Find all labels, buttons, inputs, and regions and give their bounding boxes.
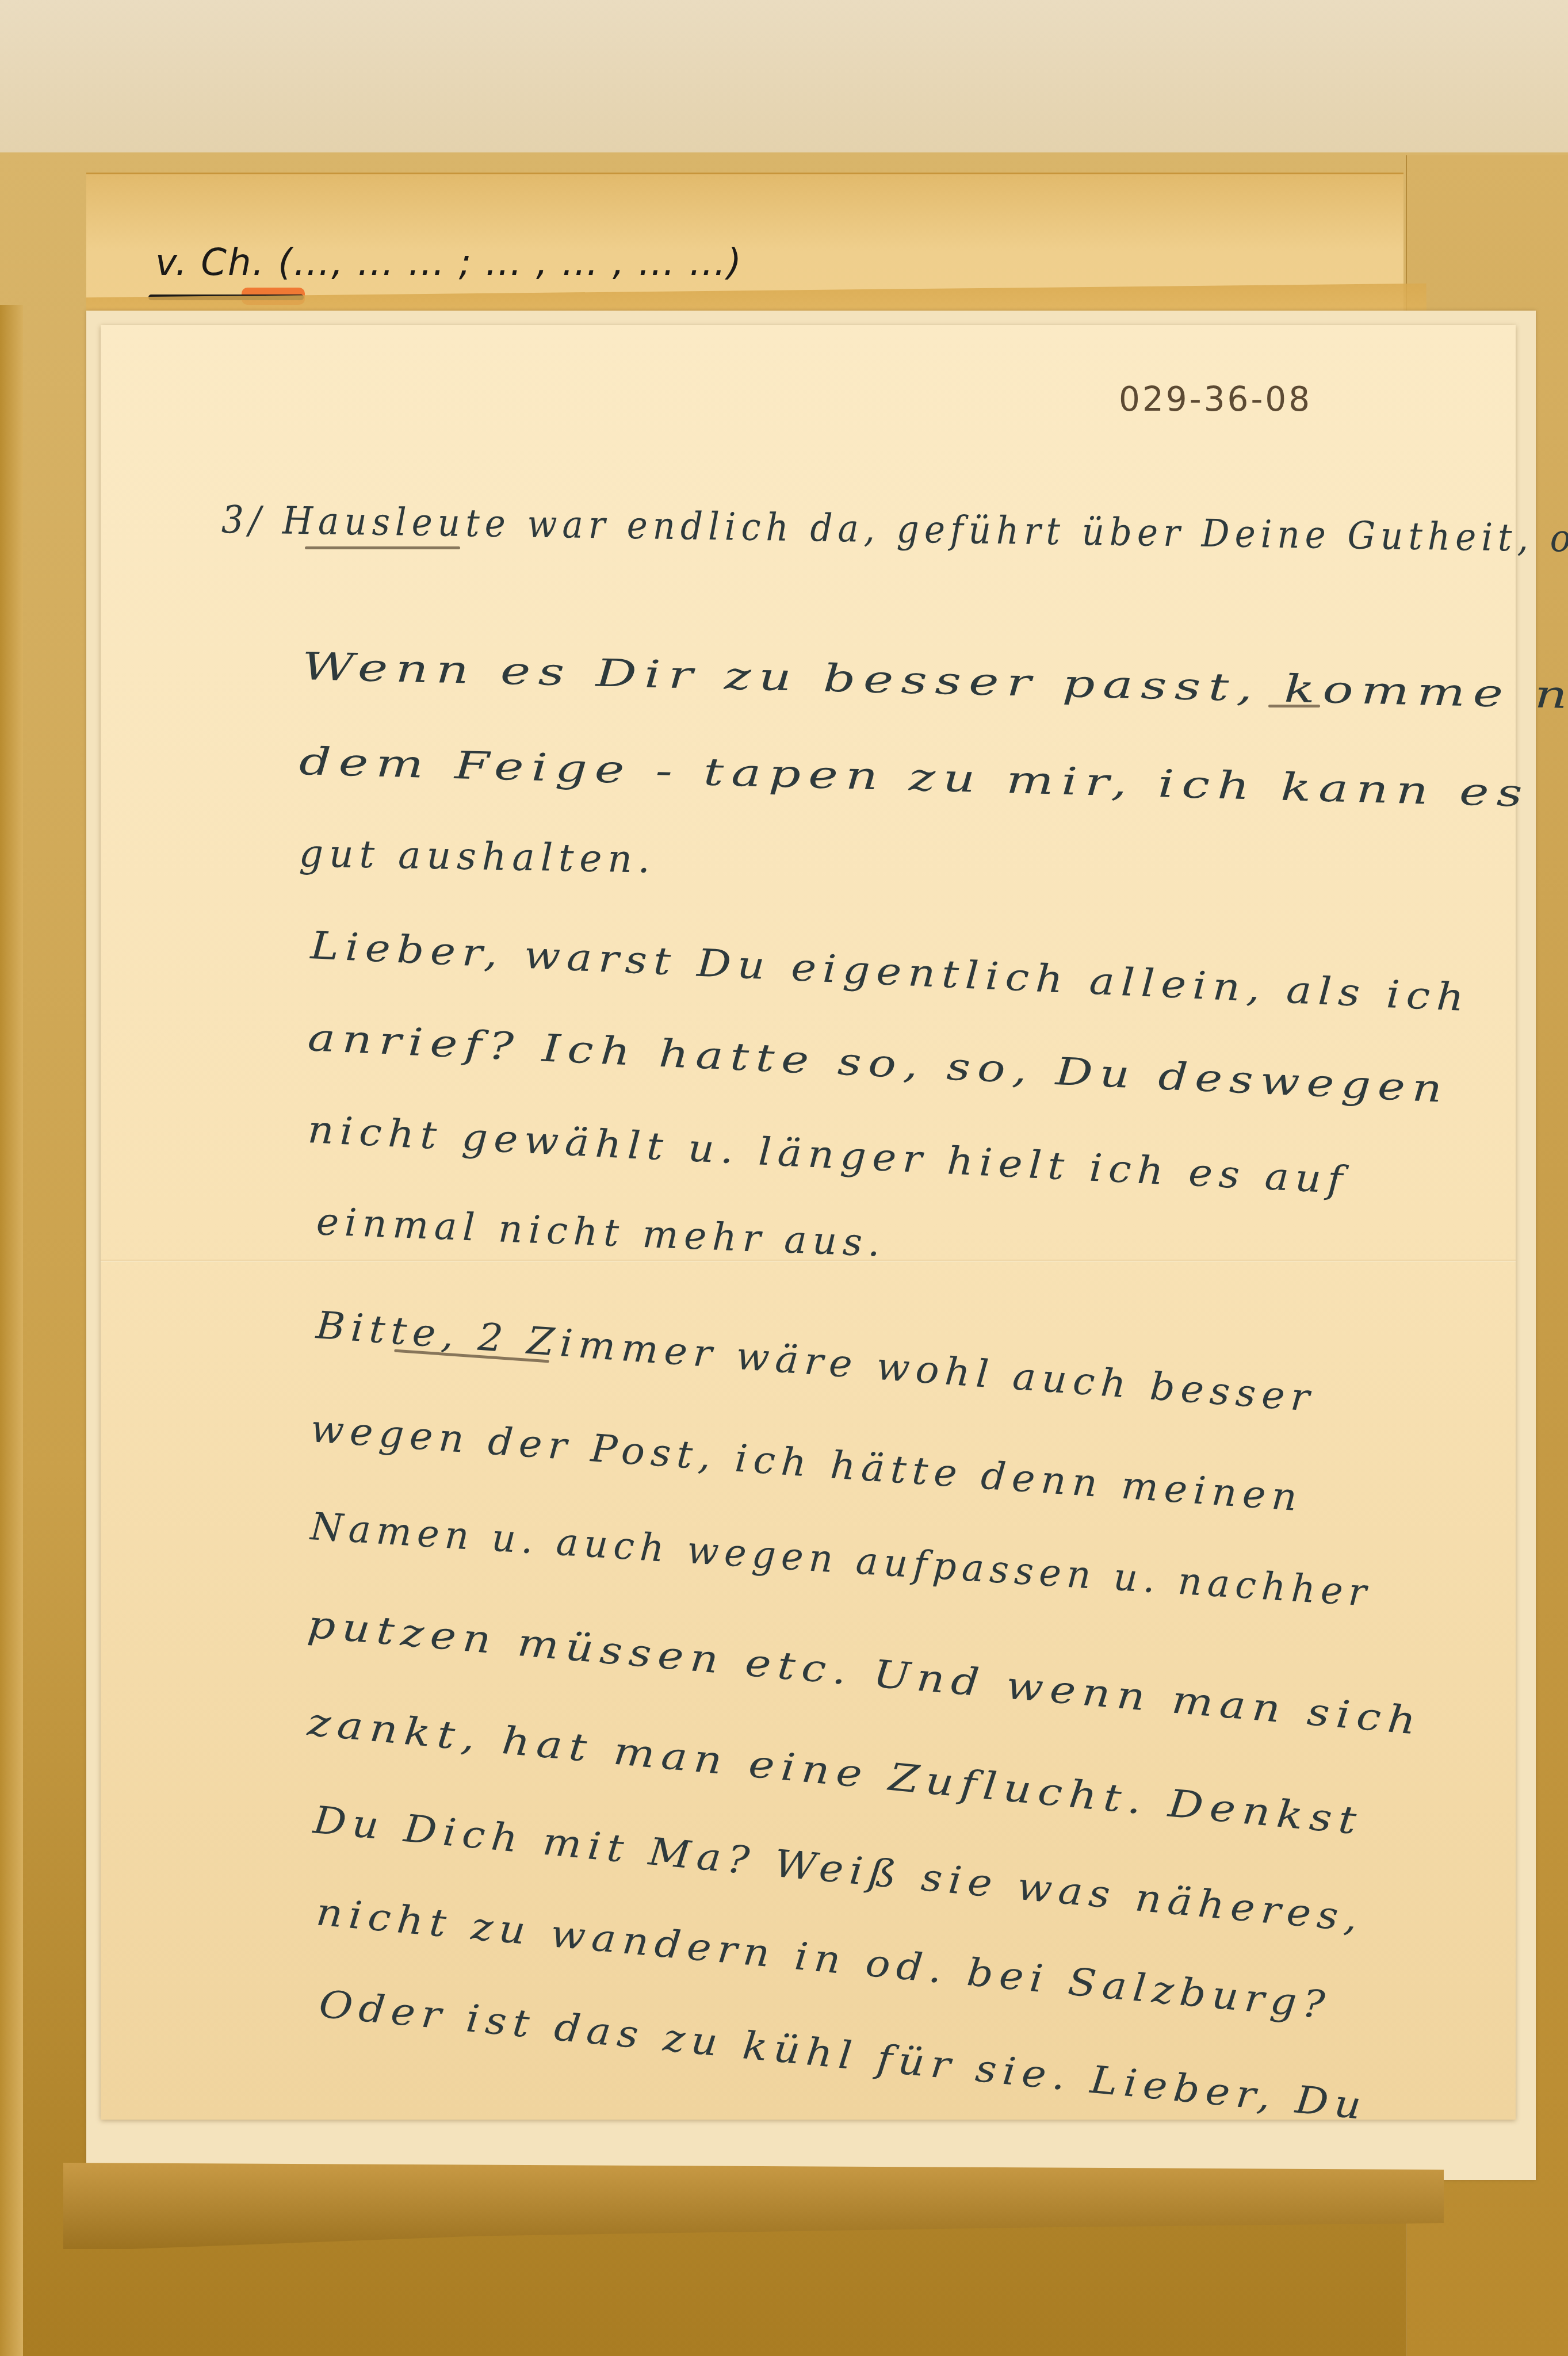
letter-line: wegen der Post, ich hätte denn meinen	[309, 1406, 1304, 1520]
letter-line: 3/ Hausleute war endlich da, geführt übe…	[221, 498, 1568, 567]
letter-line: gut aushalten.	[299, 831, 656, 882]
archive-number: 029-36-08	[1119, 380, 1312, 419]
letter-line: Lieber, warst Du eigentlich allein, als …	[309, 923, 1471, 1020]
letter-line: Wenn es Dir zu besser passt, komme nach	[301, 644, 1568, 720]
folder-left-edge	[0, 305, 23, 2356]
letter-line: einmal nicht mehr aus.	[316, 1199, 887, 1265]
underline-mark	[1268, 705, 1320, 707]
letter-line: dem Feige - tapen zu mir, ich kann es	[299, 739, 1531, 816]
letter-line: Bitte, 2 Zimmer wäre wohl auch besser	[315, 1303, 1317, 1420]
letter-line: Namen u. auch wegen aufpassen u. nachher	[309, 1504, 1374, 1615]
letter-page: 029-36-08 3/ Hausleute war endlich da, g…	[101, 325, 1516, 2120]
letter-line: nicht gewählt u. länger hielt ich es auf	[307, 1107, 1349, 1202]
underline-mark	[305, 546, 460, 549]
annotation-strip-text: v. Ch. (…, … … ; … , … , … …)	[155, 242, 1306, 284]
letter-line: anrief? Ich hatte so, so, Du deswegen	[307, 1015, 1450, 1111]
background-wall	[0, 0, 1568, 155]
